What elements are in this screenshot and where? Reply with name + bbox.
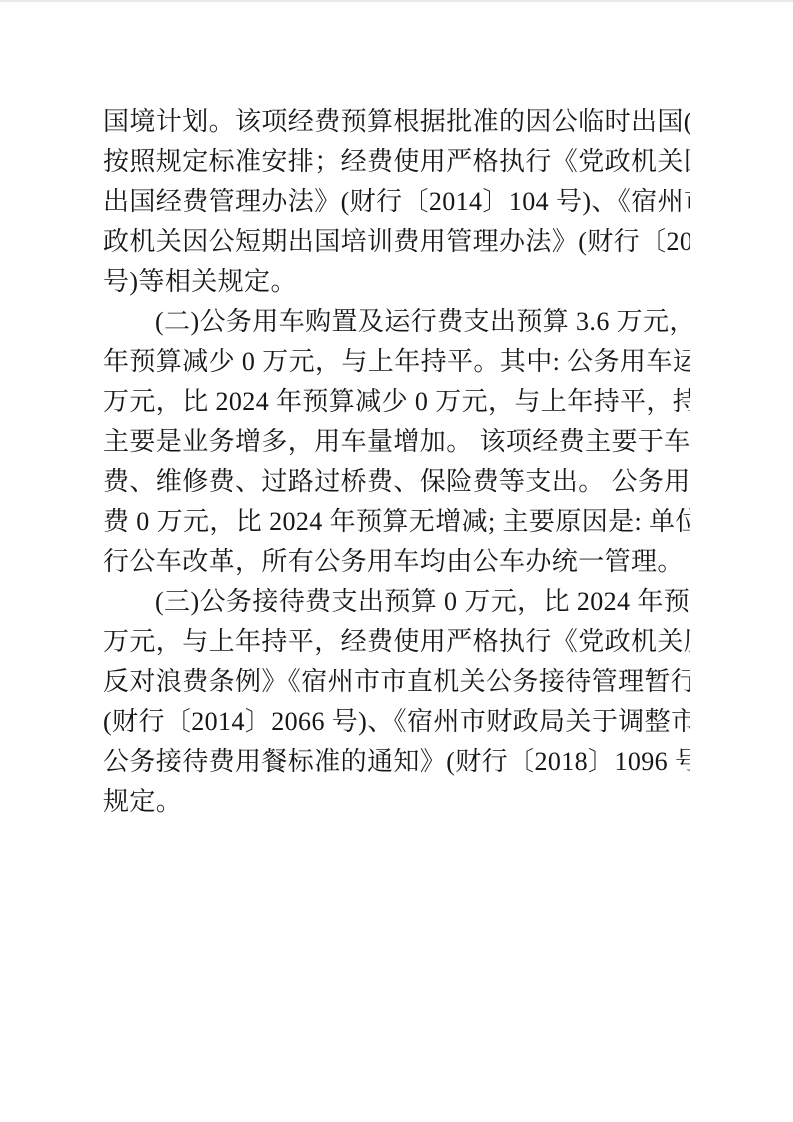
text-line: 按照规定标准安排；经费使用严格执行《党政机关因公临时 (103, 142, 690, 182)
text-line: 万元，与上年持平，经费使用严格执行《党政机关厉行节约 (103, 622, 690, 662)
text-line: 规定。 (103, 782, 690, 822)
text-line: 年预算减少 0 万元，与上年持平。其中: 公务用车运行费 3.6 (103, 342, 690, 382)
document-body: 国境计划。该项经费预算根据批准的因公临时出国(境)计划，按照规定标准安排；经费使… (103, 102, 690, 822)
text-line: (三)公务接待费支出预算 0 万元，比 2024 年预算减少 0 (103, 582, 690, 622)
text-line: 费 0 万元，比 2024 年预算无增减; 主要原因是: 单位已实 (103, 502, 690, 542)
text-line: 出国经费管理办法》(财行〔2014〕104 号)、《宿州市市直党 (103, 182, 690, 222)
text-line: 行公车改革，所有公务用车均由公车办统一管理。 (103, 542, 690, 582)
text-line: 政机关因公短期出国培训费用管理办法》(财行〔2014〕527 (103, 222, 690, 262)
text-line: 主要是业务增多，用车量增加。 该项经费主要于车辆燃料 (103, 422, 690, 462)
text-line: 号)等相关规定。 (103, 262, 690, 302)
document-page: 国境计划。该项经费预算根据批准的因公临时出国(境)计划，按照规定标准安排；经费使… (0, 0, 793, 1122)
text-line: 万元，比 2024 年预算减少 0 万元，与上年持平，持平原因 (103, 382, 690, 422)
text-line: 公务接待费用餐标准的通知》(财行〔2018〕1096 号)等相关 (103, 742, 690, 782)
text-line: 国境计划。该项经费预算根据批准的因公临时出国(境)计划， (103, 102, 690, 142)
text-line: 反对浪费条例》《宿州市市直机关公务接待管理暂行办法》 (103, 662, 690, 702)
text-line: 费、维修费、过路过桥费、保险费等支出。 公务用车购置 (103, 462, 690, 502)
text-line: (财行〔2014〕2066 号)、《宿州市财政局关于调整市直机关 (103, 702, 690, 742)
text-line: (二)公务用车购置及运行费支出预算 3.6 万元，比 2024 (103, 302, 690, 342)
